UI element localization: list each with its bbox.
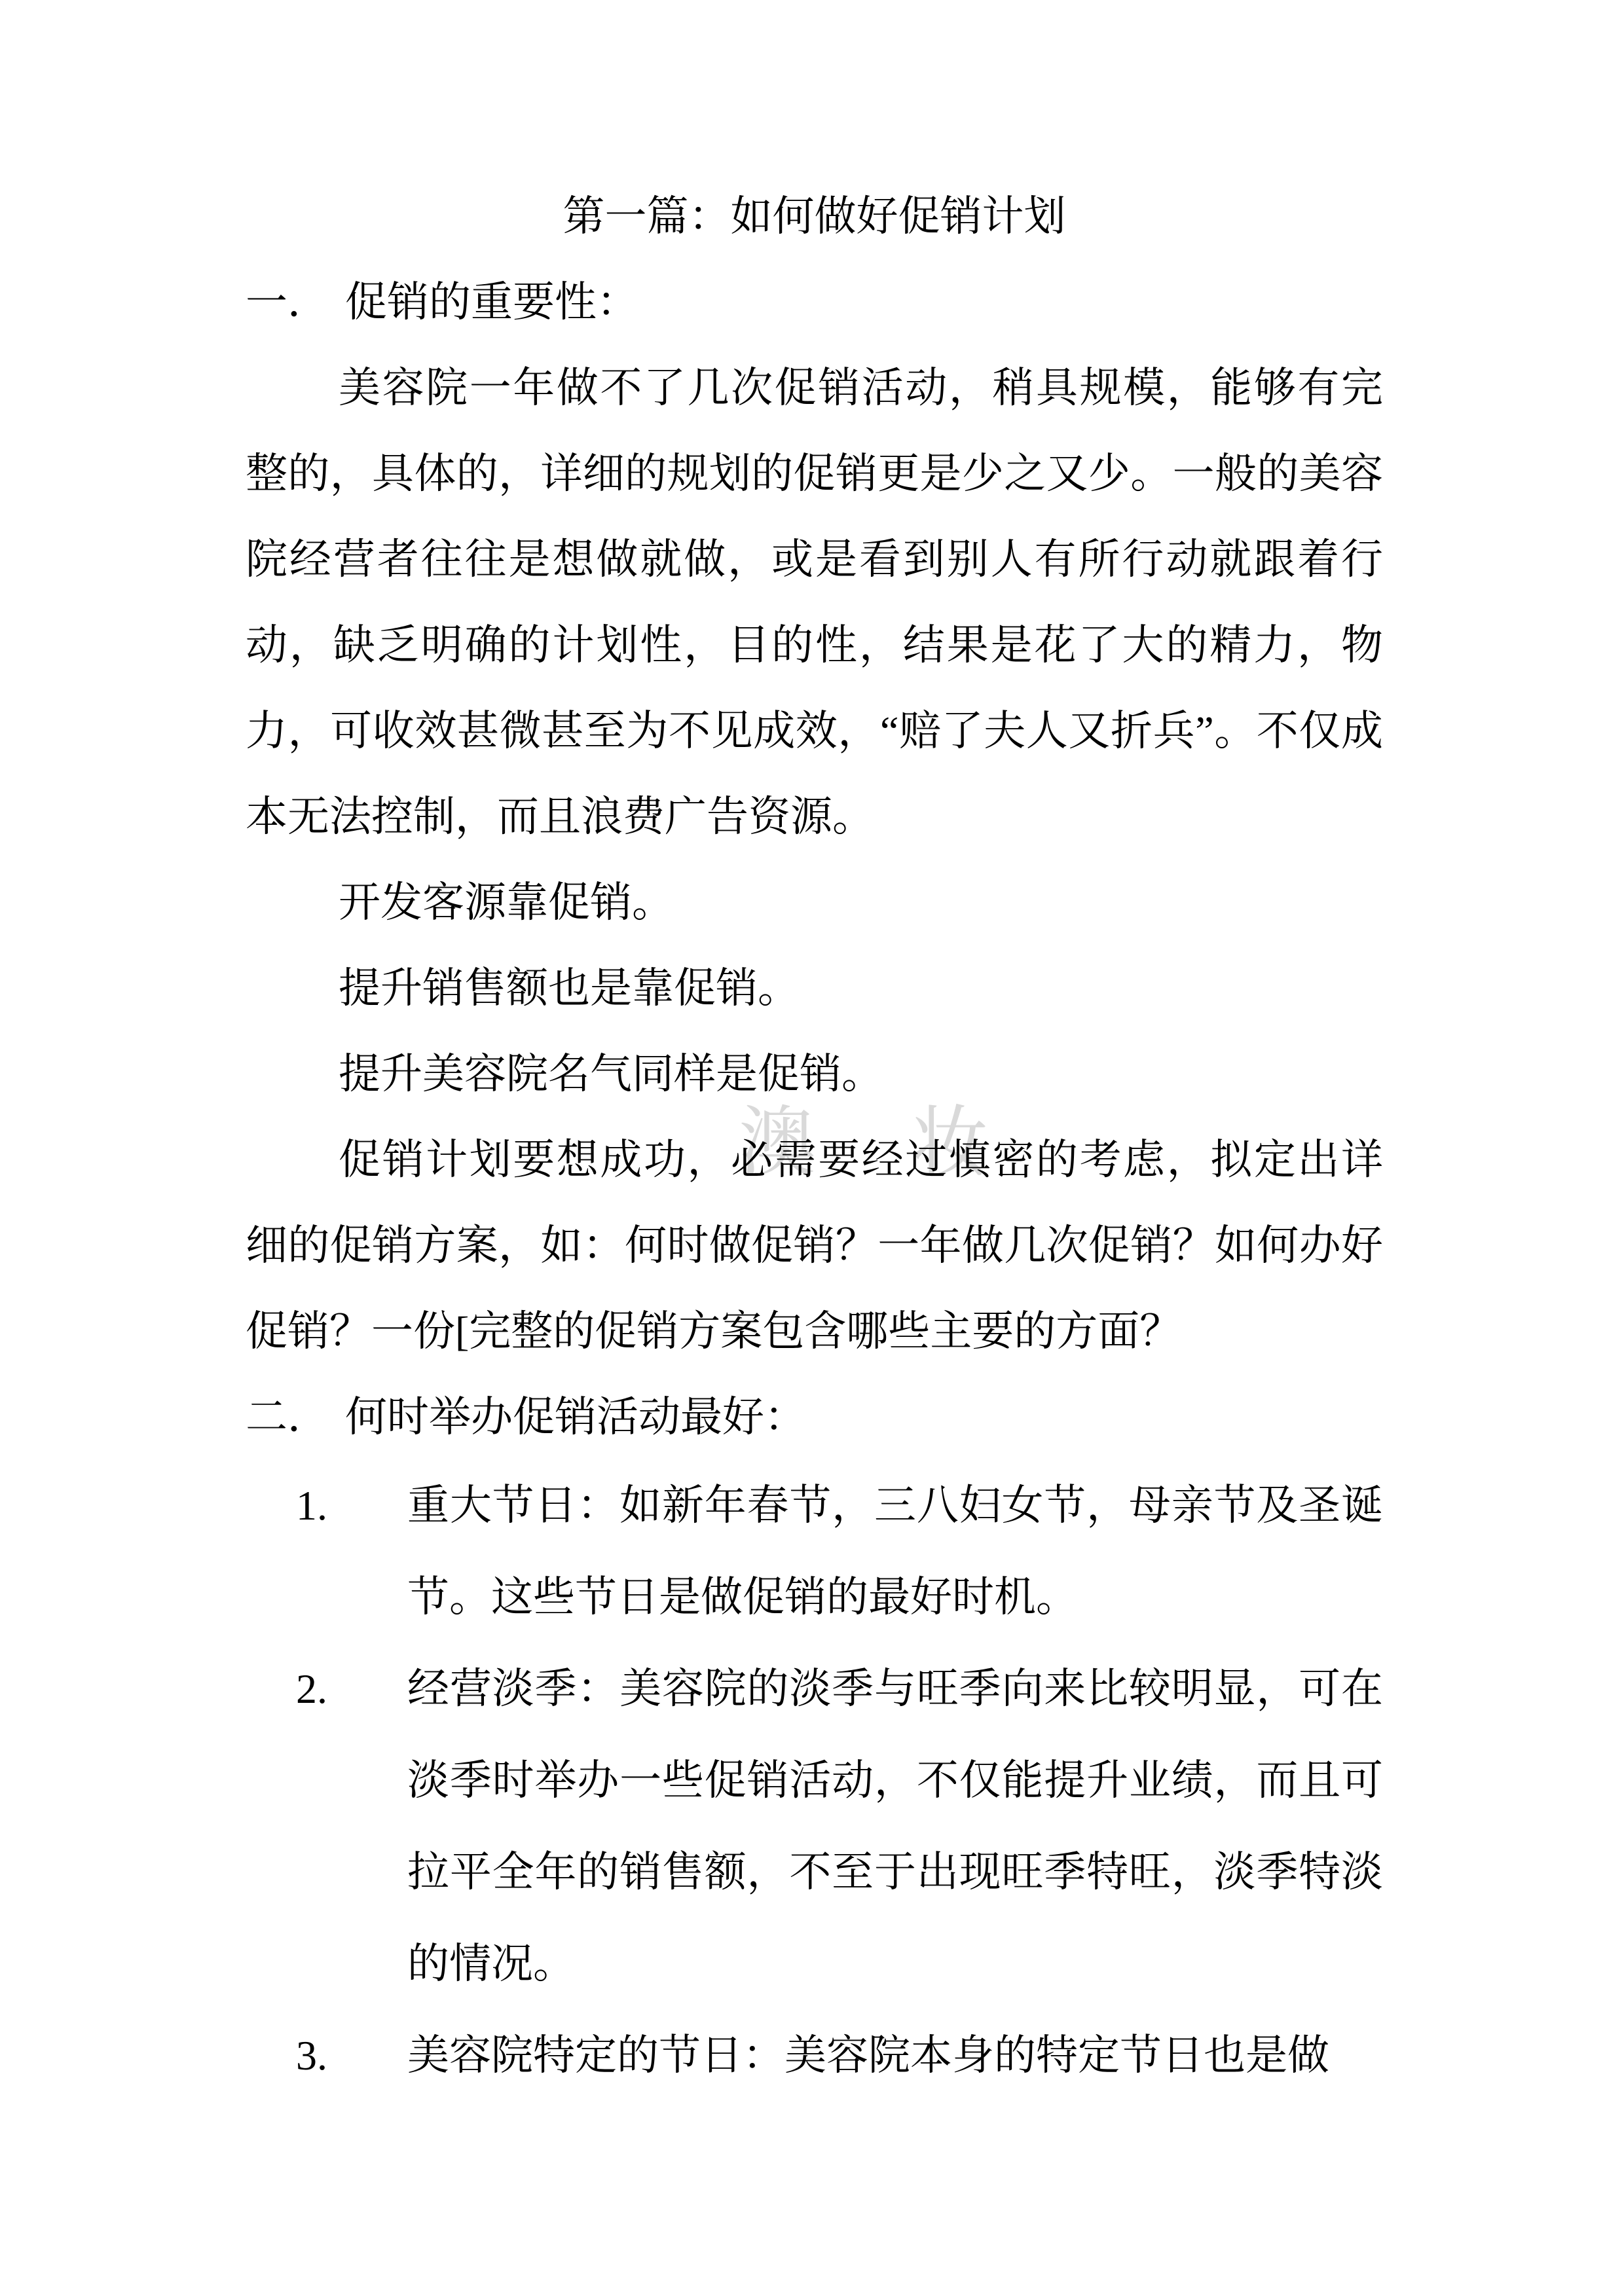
paragraph-plan-success: 促销计划要想成功，必需要经过慎密的考虑，拟定出详细的促销方案，如：何时做促销？一… bbox=[246, 1117, 1383, 1374]
section-heading-1-number: 一． bbox=[246, 259, 345, 345]
list-item-3-number: 3. bbox=[296, 2010, 407, 2102]
list-item-1: 1. 重大节日：如新年春节，三八妇女节，母亲节及圣诞节。这些节日是做促销的最好时… bbox=[246, 1460, 1383, 1643]
section-heading-2-number: 二． bbox=[246, 1374, 345, 1460]
list-item-3-text: 美容院特定的节日：美容院本身的特定节日也是做 bbox=[407, 2010, 1383, 2102]
document-title: 第一篇：如何做好促销计划 bbox=[246, 173, 1383, 259]
timing-list: 1. 重大节日：如新年春节，三八妇女节，母亲节及圣诞节。这些节日是做促销的最好时… bbox=[246, 1460, 1383, 2102]
paragraph-increase-sales: 提升销售额也是靠促销。 bbox=[246, 945, 1383, 1031]
list-item-1-number: 1. bbox=[296, 1460, 407, 1552]
section-heading-2: 二． 何时举办促销活动最好： bbox=[246, 1374, 1383, 1460]
list-item-3: 3. 美容院特定的节日：美容院本身的特定节日也是做 bbox=[246, 2010, 1383, 2102]
paragraph-increase-fame: 提升美容院名气同样是促销。 bbox=[246, 1031, 1383, 1117]
list-item-2: 2. 经营淡季：美容院的淡季与旺季向来比较明显，可在淡季时举办一些促销活动，不仅… bbox=[246, 1643, 1383, 2010]
document-content: 第一篇：如何做好促销计划 一． 促销的重要性： 美容院一年做不了几次促销活动，稍… bbox=[246, 173, 1383, 2102]
list-item-2-number: 2. bbox=[296, 1643, 407, 1735]
section-heading-1-text: 促销的重要性： bbox=[345, 259, 638, 345]
paragraph-importance: 美容院一年做不了几次促销活动，稍具规模，能够有完整的，具体的，详细的规划的促销更… bbox=[246, 345, 1383, 860]
list-item-1-text: 重大节日：如新年春节，三八妇女节，母亲节及圣诞节。这些节日是做促销的最好时机。 bbox=[407, 1460, 1383, 1643]
paragraph-develop-customers: 开发客源靠促销。 bbox=[246, 860, 1383, 945]
document-page: 澳 妆 第一篇：如何做好促销计划 一． 促销的重要性： 美容院一年做不了几次促销… bbox=[0, 0, 1624, 2296]
list-item-2-text: 经营淡季：美容院的淡季与旺季向来比较明显，可在淡季时举办一些促销活动，不仅能提升… bbox=[407, 1643, 1383, 2010]
section-heading-2-text: 何时举办促销活动最好： bbox=[345, 1374, 806, 1460]
section-heading-1: 一． 促销的重要性： bbox=[246, 259, 1383, 345]
